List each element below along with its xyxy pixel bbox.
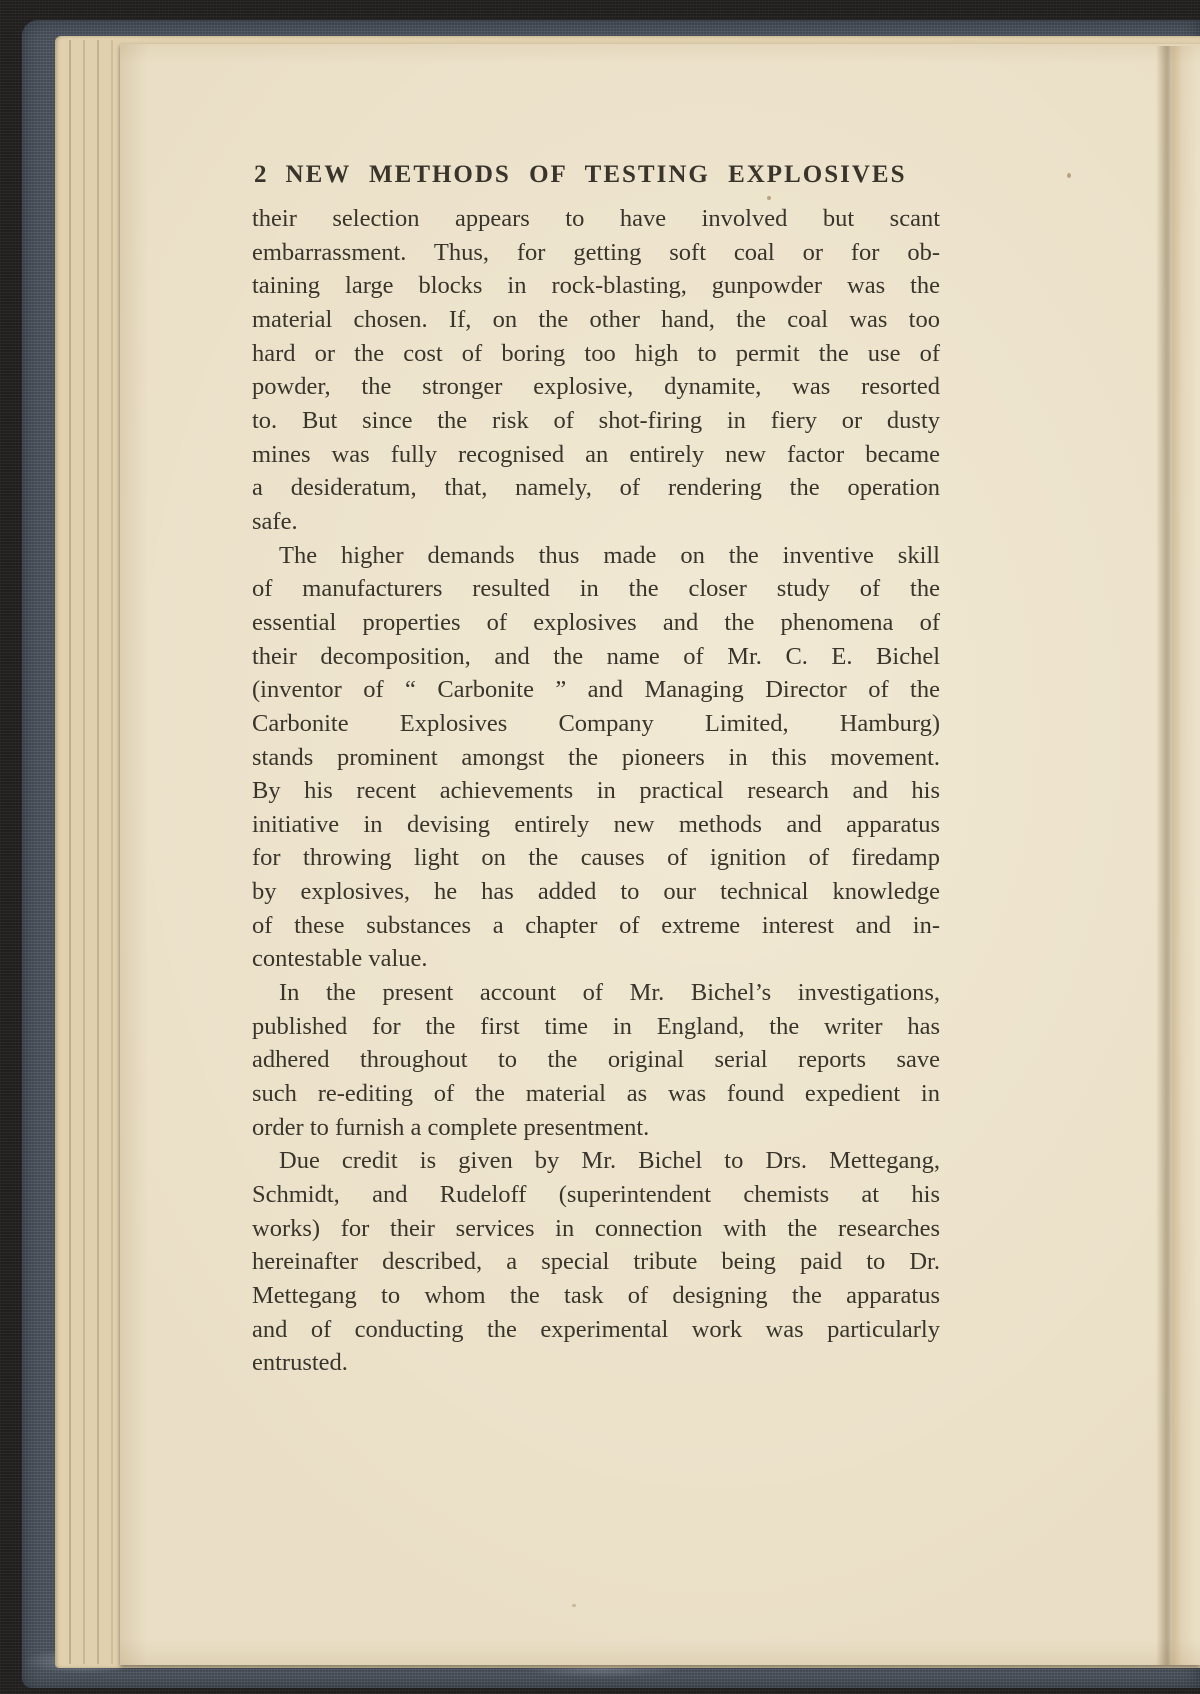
paragraph: Due credit is given by Mr. Bichel to Drs… [252,1144,940,1380]
text-line: their decomposition, and the name of Mr.… [252,640,940,674]
page-edge [111,40,113,1664]
paragraph: In the present account of Mr. Bichel’s i… [252,976,940,1144]
paper-speck [1067,173,1071,178]
page-edge [97,40,99,1664]
text-line: adhered throughout to the original seria… [252,1043,940,1077]
text-body: their selection appears to have involved… [252,202,940,1380]
text-line: and of conducting the experimental work … [252,1313,940,1347]
text-line: In the present account of Mr. Bichel’s i… [252,976,940,1010]
paragraph: their selection appears to have involved… [252,202,940,539]
text-line: of these substances a chapter of extreme… [252,909,940,943]
text-line: taining large blocks in rock-blasting, g… [252,269,940,303]
page-edge [83,40,85,1664]
text-line: their selection appears to have involved… [252,202,940,236]
text-line: of manufacturers resulted in the closer … [252,572,940,606]
text-line: works) for their services in connection … [252,1212,940,1246]
text-line: for throwing light on the causes of igni… [252,841,940,875]
text-line: hard or the cost of boring too high to p… [252,337,940,371]
gutter-shadow [1172,46,1200,1665]
text-line: by explosives, he has added to our techn… [252,875,940,909]
text-line: material chosen. If, on the other hand, … [252,303,940,337]
text-line: essential properties of explosives and t… [252,606,940,640]
scanned-book-photo: 2 NEW METHODS OF TESTING EXPLOSIVES thei… [0,0,1200,1694]
text-line: powder, the stronger explosive, dynamite… [252,370,940,404]
running-header: NEW METHODS OF TESTING EXPLOSIVES [252,160,940,190]
text-line: contestable value. [252,942,940,976]
text-line: to. But since the risk of shot-firing in… [252,404,940,438]
book-page: 2 NEW METHODS OF TESTING EXPLOSIVES thei… [120,44,1200,1665]
text-block: 2 NEW METHODS OF TESTING EXPLOSIVES thei… [252,160,940,1380]
text-line: By his recent achievements in practical … [252,774,940,808]
text-line: (inventor of “ Carbonite ” and Managing … [252,673,940,707]
text-line: The higher demands thus made on the inve… [252,539,940,573]
paper-speck [572,1604,576,1607]
text-line: such re-editing of the material as was f… [252,1077,940,1111]
text-line: Schmidt, and Rudeloff (superintendent ch… [252,1178,940,1212]
paragraph: The higher demands thus made on the inve… [252,539,940,977]
text-line: Mettegang to whom the task of designing … [252,1279,940,1313]
text-line: hereinafter described, a special tribute… [252,1245,940,1279]
text-line: safe. [252,505,940,539]
text-line: Carbonite Explosives Company Limited, Ha… [252,707,940,741]
page-number: 2 [254,160,268,190]
text-line: initiative in devising entirely new meth… [252,808,940,842]
text-line: order to furnish a complete presentment. [252,1111,940,1145]
text-line: entrusted. [252,1346,940,1380]
text-line: stands prominent amongst the pioneers in… [252,741,940,775]
text-line: a desideratum, that, namely, of renderin… [252,471,940,505]
text-line: published for the first time in England,… [252,1010,940,1044]
text-line: mines was fully recognised an entirely n… [252,438,940,472]
text-line: embarrassment. Thus, for getting soft co… [252,236,940,270]
text-line: Due credit is given by Mr. Bichel to Drs… [252,1144,940,1178]
page-header: 2 NEW METHODS OF TESTING EXPLOSIVES [252,160,940,190]
page-edge [69,40,71,1664]
